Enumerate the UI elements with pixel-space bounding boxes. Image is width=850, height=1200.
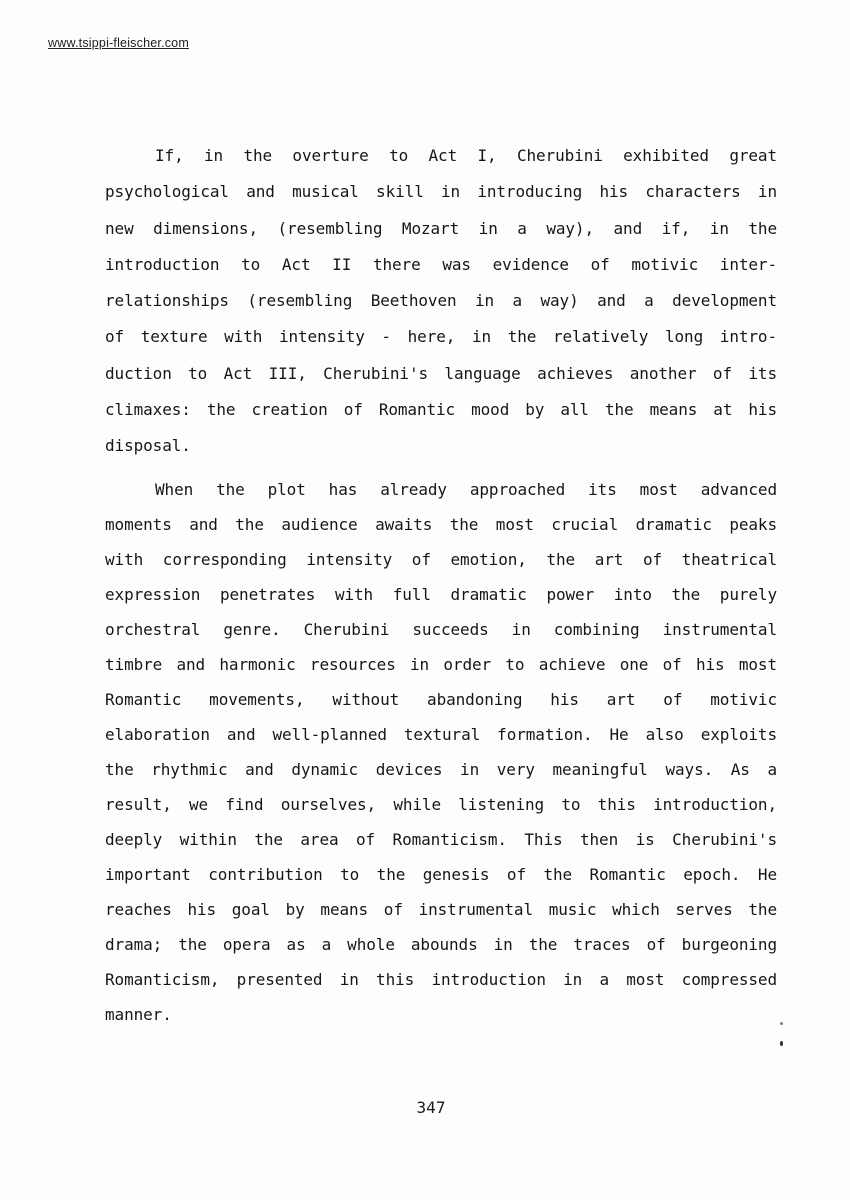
scan-speck-icon bbox=[780, 1022, 783, 1025]
text-line: of texture with intensity - here, in the… bbox=[105, 319, 777, 355]
page-number: 347 bbox=[0, 1098, 850, 1117]
text-line: important contribution to the genesis of… bbox=[105, 857, 777, 892]
text-line: with corresponding intensity of emotion,… bbox=[105, 542, 777, 577]
scan-speck-icon bbox=[780, 1041, 783, 1046]
text-line: orchestral genre. Cherubini succeeds in … bbox=[105, 612, 777, 647]
text-line: drama; the opera as a whole abounds in t… bbox=[105, 927, 777, 962]
text-line: moments and the audience awaits the most… bbox=[105, 507, 777, 542]
text-line: Romanticism, presented in this introduct… bbox=[105, 962, 777, 997]
text-line: Romantic movements, without abandoning h… bbox=[105, 682, 777, 717]
text-line: elaboration and well-planned textural fo… bbox=[105, 717, 777, 752]
text-line: If, in the overture to Act I, Cherubini … bbox=[105, 138, 777, 174]
text-line: expression penetrates with full dramatic… bbox=[105, 577, 777, 612]
text-line: timbre and harmonic resources in order t… bbox=[105, 647, 777, 682]
text-line: When the plot has already approached its… bbox=[105, 472, 777, 507]
text-line: manner. bbox=[105, 997, 777, 1032]
text-line: psychological and musical skill in intro… bbox=[105, 174, 777, 210]
text-line: deeply within the area of Romanticism. T… bbox=[105, 822, 777, 857]
website-link[interactable]: www.tsippi-fleischer.com bbox=[48, 36, 189, 50]
text-line: relationships (resembling Beethoven in a… bbox=[105, 283, 777, 319]
document-body: If, in the overture to Act I, Cherubini … bbox=[105, 138, 777, 1039]
paragraph-1: If, in the overture to Act I, Cherubini … bbox=[105, 138, 777, 465]
text-line: new dimensions, (resembling Mozart in a … bbox=[105, 211, 777, 247]
scan-artifact-marks bbox=[778, 1018, 786, 1050]
scanned-page: www.tsippi-fleischer.com If, in the over… bbox=[0, 0, 850, 1200]
text-line: disposal. bbox=[105, 428, 777, 464]
text-line: duction to Act III, Cherubini's language… bbox=[105, 356, 777, 392]
paragraph-2: When the plot has already approached its… bbox=[105, 472, 777, 1032]
text-line: introduction to Act II there was evidenc… bbox=[105, 247, 777, 283]
text-line: climaxes: the creation of Romantic mood … bbox=[105, 392, 777, 428]
text-line: the rhythmic and dynamic devices in very… bbox=[105, 752, 777, 787]
text-line: reaches his goal by means of instrumenta… bbox=[105, 892, 777, 927]
text-line: result, we find ourselves, while listeni… bbox=[105, 787, 777, 822]
